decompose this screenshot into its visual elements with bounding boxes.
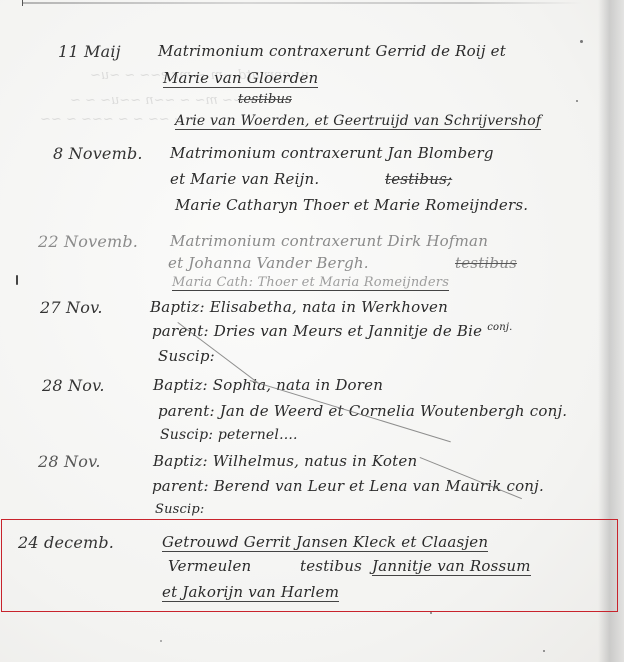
entry-1-witnesses: Arie van Woerden, et Geertruijd van Schr… <box>175 113 541 129</box>
paper-speck <box>576 100 578 102</box>
manuscript-page: ur oprnutd ~m ~ mr e~~ ~ ~u~ ~ ~~ m~ ~ ~… <box>0 0 624 662</box>
entry-5-line-2: parent: Jan de Weerd et Cornelia Woutenb… <box>158 402 567 420</box>
entry-2-witness-label: testibus; <box>385 170 452 188</box>
entry-4-date: 27 Nov. <box>40 298 103 317</box>
entry-3-witness-label: testibus <box>455 254 517 272</box>
entry-5-date: 28 Nov. <box>42 376 105 395</box>
page-top-edge <box>22 2 582 4</box>
bleed-through-text: ~ ~~ m~ ~ ~~n ~~u~ ~ ~ <box>70 93 259 108</box>
entry-2-date: 8 Novemb. <box>53 144 143 163</box>
margin-mark <box>16 275 18 285</box>
highlight-annotation-box <box>1 519 618 612</box>
entry-4-line-1: Baptiz: Elisabetha, nata in Werkhoven <box>150 298 448 316</box>
paper-speck <box>160 640 162 642</box>
entry-2-line-1: Matrimonium contraxerunt Jan Blomberg <box>170 144 494 162</box>
paper-speck <box>543 650 545 652</box>
entry-3-line-1: Matrimonium contraxerunt Dirk Hofman <box>170 232 488 250</box>
entry-2-witnesses: Marie Catharyn Thoer et Marie Romeijnder… <box>175 196 528 214</box>
paper-speck <box>430 612 432 614</box>
entry-3-line-2: et Johanna Vander Bergh. <box>168 254 369 272</box>
entry-3-date: 22 Novemb. <box>38 232 138 251</box>
entry-6-line-3: Suscip: <box>155 502 205 517</box>
page-corner-mark <box>22 0 23 6</box>
entry-5-line-3: Suscip: peternel.... <box>160 427 298 443</box>
paper-speck <box>580 40 583 43</box>
entry-1-date: 11 Maij <box>58 42 121 61</box>
entry-3-witnesses: Maria Cath: Thoer et Maria Romeijnders <box>172 275 449 290</box>
entry-6-date: 28 Nov. <box>38 452 101 471</box>
entry-2-line-2: et Marie van Reijn. <box>170 170 319 188</box>
entry-4-line-2: parent: Dries van Meurs et Jannitje de B… <box>152 322 513 340</box>
entry-1-line-1: Matrimonium contraxerunt Gerrid de Roij … <box>158 42 506 60</box>
entry-1-line-2: Marie van Gloerden <box>163 69 318 87</box>
entry-6-line-2: parent: Berend van Leur et Lena van Maur… <box>152 477 544 495</box>
entry-1-witness-label: testibus <box>238 92 292 107</box>
entry-6-line-1: Baptiz: Wilhelmus, natus in Koten <box>153 452 417 470</box>
entry-4-line-3: Suscip: <box>158 347 215 365</box>
